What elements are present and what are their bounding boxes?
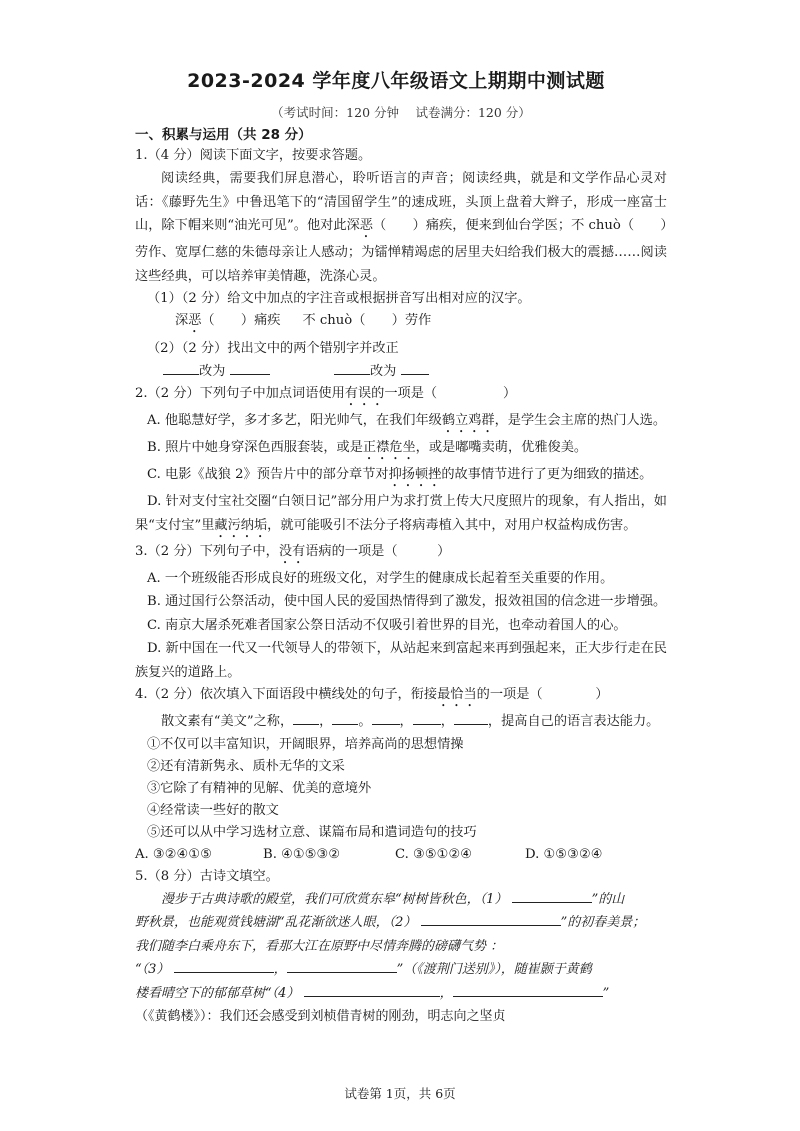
q1-stem: 1.（4 分）阅读下面文字，按要求答题。 [135, 145, 667, 167]
q1-sub2-fill: 改为 改为 [135, 360, 667, 383]
dotted-char: 恶 [360, 218, 373, 233]
answer-blank[interactable] [512, 888, 592, 903]
q1-sub2: （2）（2 分）找出文中的两个错别字并改正 [135, 338, 667, 360]
q2-option-a: A. 他聪慧好学，多才多艺，阳光帅气，在我们年级鹤立鸡群，是学生会主席的热门人选… [135, 409, 667, 436]
answer-blank[interactable] [334, 360, 370, 375]
q3-option-c: C. 南京大屠杀死难者国家公祭日活动不仅吸引着世界的目光，也牵动着国人的心。 [135, 614, 667, 638]
q5-line-6: （《黄鹤楼》）：我们还会感受到刘桢借青树的刚劲，明志向之坚贞 [135, 1005, 667, 1029]
answer-blank[interactable] [230, 360, 270, 375]
answer-blank[interactable] [163, 360, 199, 375]
exam-page: 2023-2024 学年度八年级语文上期期中测试题 （考试时间：120 分钟 试… [135, 66, 667, 1029]
q4-passage: 散文素有“美文”之称，，。，，，提高自己的语言表达能力。 [135, 710, 667, 734]
choice-a: A. ③②④①⑤ [135, 844, 263, 866]
q2-option-b: B. 照片中她身穿深色西服套装，或是正襟危坐，或是嘟嘴卖萌，优雅俊美。 [135, 436, 667, 463]
q4-choices: A. ③②④①⑤ B. ④①⑤③② C. ③⑤①②④ D. ①⑤③②④ [135, 844, 667, 866]
answer-blank[interactable] [421, 911, 561, 926]
q5-line-2: 野秋景，也能观赏钱塘湖“乱花渐欲迷人眼，（2） ”的初春美景； [135, 911, 667, 935]
q4-item-1: ①不仅可以丰富知识，开阔眼界，培养高尚的思想情操 [135, 734, 667, 756]
answer-blank[interactable] [287, 958, 397, 973]
answer-blank[interactable] [401, 360, 429, 375]
q3-option-a: A. 一个班级能否形成良好的班级文化，对学生的健康成长起着至关重要的作用。 [135, 567, 667, 591]
section-heading: 一、积累与运用（共 28 分） [135, 125, 667, 145]
q2-option-c: C. 电影《战狼 2》预告片中的部分章节对抑扬顿挫的故事情节进行了更为细致的描述… [135, 463, 667, 490]
q4-item-4: ④经常读一些好的散文 [135, 800, 667, 822]
q2-option-d: D. 针对支付宝社交圈“白领日记”部分用户为求打赏上传大尺度照片的现象，有人指出… [135, 490, 667, 541]
q4-item-2: ②还有清新隽永、质朴无华的文采 [135, 756, 667, 778]
q3-option-d: D. 新中国在一代又一代领导人的带领下，从站起来到富起来再到强起来，正大步行走在… [135, 637, 667, 684]
answer-blank[interactable] [304, 982, 440, 997]
q5-line-3: 我们随李白乘舟东下，看那大江在原野中尽情奔腾的磅礴气势 ： [135, 935, 667, 959]
q2-stem: 2.（2 分）下列句子中加点词语使用有误的一项是（ ） [135, 383, 667, 409]
choice-b: B. ④①⑤③② [263, 844, 395, 866]
q5-stem: 5.（8 分）古诗文填空。 [135, 866, 667, 888]
q5-line-1: 漫步于古典诗歌的殿堂，我们可欣赏东皋“树树皆秋色，（1） ”的山 [135, 888, 667, 912]
q4-item-5: ⑤还可以从中学习选材立意、谋篇布局和遣词造句的技巧 [135, 822, 667, 844]
answer-blank[interactable] [453, 982, 603, 997]
q1-sub1-items: 深恶（ ）痛疾不 chuò（ ）劳作 [135, 310, 667, 336]
answer-blank[interactable] [174, 958, 274, 973]
q5-line-4: “（3） ，”（《渡荆门送别》），随崔颢于黄鹤 [135, 958, 667, 982]
q3-stem: 3.（2 分）下列句子中，没有语病的一项是（ ） [135, 541, 667, 567]
page-title: 2023-2024 学年度八年级语文上期期中测试题 [125, 66, 667, 93]
q1-sub1: （1）（2 分）给文中加点的字注音或根据拼音写出相对应的汉字。 [135, 288, 667, 310]
choice-d: D. ①⑤③②④ [525, 844, 603, 866]
q1-passage: 阅读经典，需要我们屏息潜心，聆听语言的声音；阅读经典，就是和文学作品心灵对话：《… [135, 167, 667, 288]
q3-option-b: B. 通过国行公祭活动，使中国人民的爱国热情得到了激发，报效祖国的信念进一步增强… [135, 590, 667, 614]
page-footer: 试卷第 1页，共 6页 [0, 1084, 800, 1102]
q4-item-3: ③它除了有精神的见解、优美的意境外 [135, 778, 667, 800]
exam-info: （考试时间：120 分钟 试卷满分：120 分） [135, 103, 667, 121]
choice-c: C. ③⑤①②④ [395, 844, 525, 866]
q4-stem: 4.（2 分）依次填入下面语段中横线处的句子，衔接最恰当的一项是（ ） [135, 684, 667, 710]
q5-line-5: 楼看晴空下的郁郁草树“（4） ，” [135, 982, 667, 1006]
